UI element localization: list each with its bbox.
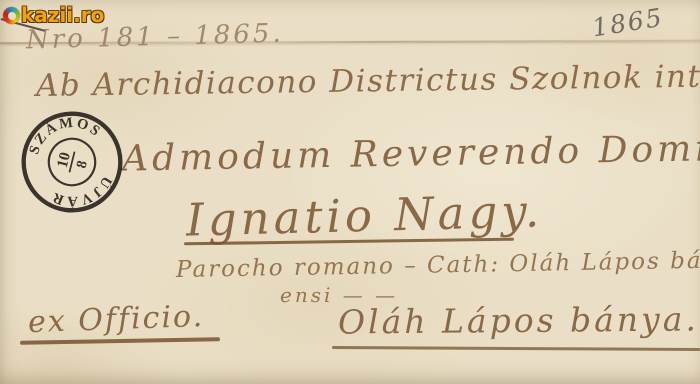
address-line-sender: Ab Archidiacono Districtus Szolnok inter…	[36, 58, 700, 104]
postmark-date-fraction: 10 8	[53, 148, 92, 177]
address-line-honorific: Admodum Reverendo Domino	[122, 127, 700, 179]
destination-underline	[332, 346, 700, 351]
postmark-month: 8	[74, 159, 91, 170]
okazii-watermark: kazii .ro	[3, 7, 104, 24]
envelope-photo: kazii .ro 1865 Nro 181 – 1865. Ab Archid…	[0, 0, 700, 384]
watermark-text-ro: .ro	[73, 7, 104, 24]
pencil-year-note: 1865	[590, 3, 665, 43]
okazii-o-icon	[3, 7, 20, 24]
address-line-parish: Parocho romano – Cath: Oláh Lápos bánya	[176, 247, 700, 283]
destination-name: Oláh Lápos bánya.	[338, 299, 699, 341]
watermark-text-kazii: kazii	[21, 7, 73, 24]
postmark-szamos-ujvar: SZÁMOS ÚJVÁR 10 8	[2, 92, 143, 233]
franchise-note: ex Officio.	[27, 299, 204, 340]
